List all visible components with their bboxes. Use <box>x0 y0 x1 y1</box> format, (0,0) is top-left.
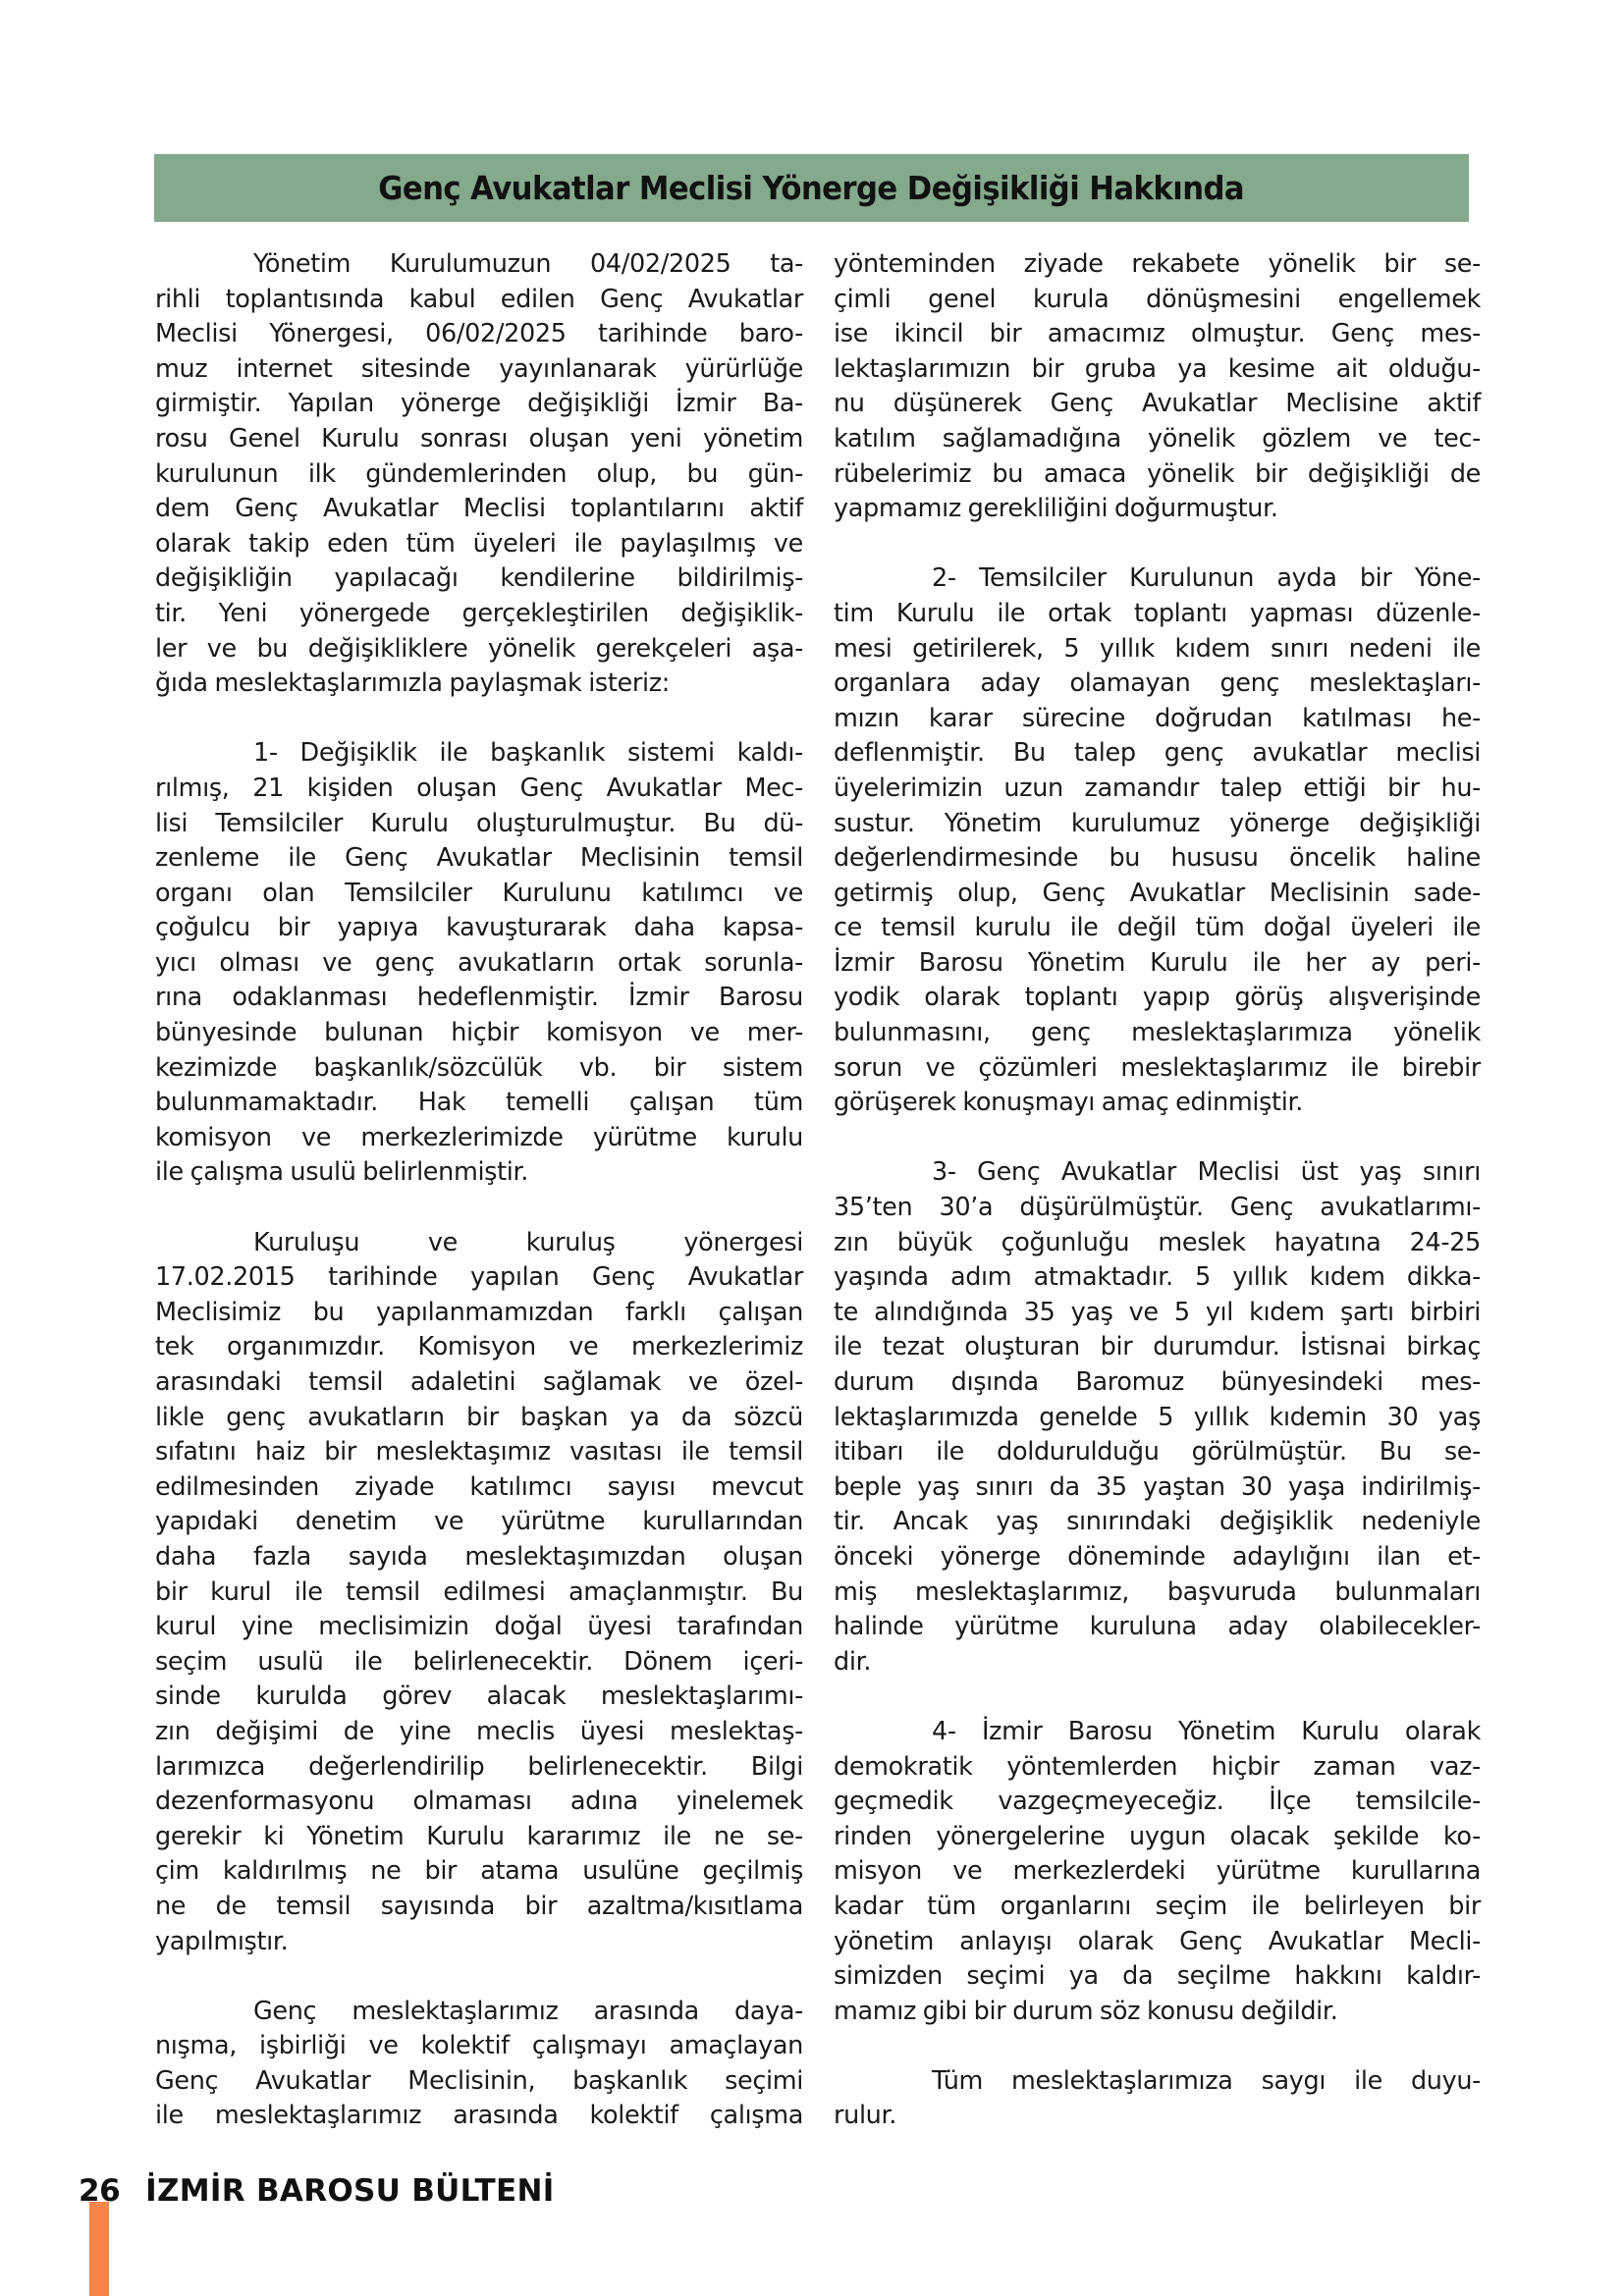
text-line: yapıdaki denetim ve yürütme kurullarında… <box>155 1505 803 1540</box>
text-line: ise ikincil bir amacımız olmuştur. Genç … <box>834 317 1481 352</box>
text-line: ne de temsil sayısında bir azaltma/kısıt… <box>155 1890 803 1925</box>
text-line: Yönetim Kurulumuzun 04/02/2025 ta- <box>155 247 803 283</box>
text-line: rına odaklanması hedeflenmiştir. İzmir B… <box>155 981 803 1016</box>
text-line: 4- İzmir Barosu Yönetim Kurulu olarak <box>834 1715 1481 1750</box>
text-line: Tüm meslektaşlarımıza saygı ile duyu- <box>834 2064 1481 2100</box>
text-line: girmiştir. Yapılan yönerge değişikliği İ… <box>155 387 803 422</box>
text-line: Meclisi Yönergesi, 06/02/2025 tarihinde … <box>155 317 803 352</box>
text-line: dir. <box>834 1645 1481 1681</box>
text-line: edilmesinden ziyade katılımcı sayısı mev… <box>155 1470 803 1506</box>
text-line: rihli toplantısında kabul edilen Genç Av… <box>155 283 803 318</box>
text-line: miş meslektaşlarımız, başvuruda bulunmal… <box>834 1575 1481 1611</box>
text-line: 17.02.2015 tarihinde yapılan Genç Avukat… <box>155 1260 803 1296</box>
paragraph: 1- Değişiklik ile başkanlık sistemi kald… <box>155 736 803 1191</box>
text-line: itibarı ile doldurulduğu görülmüştür. Bu… <box>834 1435 1481 1470</box>
text-line: arasındaki temsil adaletini sağlamak ve … <box>155 1365 803 1401</box>
text-line: ile meslektaşlarımız arasında kolektif ç… <box>155 2099 803 2134</box>
text-line: mamız gibi bir durum söz konusu değildir… <box>834 1995 1481 2030</box>
paragraph: Genç meslektaşlarımız arasında daya-nışm… <box>155 1995 803 2134</box>
text-line: simizden seçimi ya da seçilme hakkını ka… <box>834 1959 1481 1995</box>
text-line: getirmiş olup, Genç Avukatlar Meclisinin… <box>834 877 1481 912</box>
article-title-bar: Genç Avukatlar Meclisi Yönerge Değişikli… <box>154 154 1469 222</box>
text-line: tim Kurulu ile ortak toplantı yapması dü… <box>834 597 1481 632</box>
text-line: organlara aday olamayan genç meslektaşla… <box>834 667 1481 702</box>
text-line: 35’ten 30’a düşürülmüştür. Genç avukatla… <box>834 1191 1481 1226</box>
text-line: Genç Avukatlar Meclisinin, başkanlık seç… <box>155 2064 803 2100</box>
text-line: muz internet sitesinde yayınlanarak yürü… <box>155 352 803 388</box>
paragraph: yönteminden ziyade rekabete yönelik bir … <box>834 247 1481 527</box>
text-line: kezimizde başkanlık/sözcülük vb. bir sis… <box>155 1051 803 1087</box>
text-line: ile çalışma usulü belirlenmiştir. <box>155 1155 803 1191</box>
text-line: gerekir ki Yönetim Kurulu kararımız ile … <box>155 1820 803 1855</box>
publication-name: İZMİR BAROSU BÜLTENİ <box>145 2173 554 2209</box>
text-line: yıcı olması ve genç avukatların ortak so… <box>155 946 803 982</box>
text-line: misyon ve merkezlerdeki yürütme kurullar… <box>834 1854 1481 1890</box>
text-line: bünyesinde bulunan hiçbir komisyon ve me… <box>155 1016 803 1051</box>
text-line: nışma, işbirliği ve kolektif çalışmayı a… <box>155 2029 803 2064</box>
text-line: bulunmasını, genç meslektaşlarımıza yöne… <box>834 1016 1481 1051</box>
text-line: organı olan Temsilciler Kurulunu katılım… <box>155 877 803 912</box>
text-line: dem Genç Avukatlar Meclisi toplantıların… <box>155 492 803 527</box>
text-line: 1- Değişiklik ile başkanlık sistemi kald… <box>155 736 803 772</box>
text-line: seçim usulü ile belirlenecektir. Dönem i… <box>155 1645 803 1681</box>
text-line: yönteminden ziyade rekabete yönelik bir … <box>834 247 1481 283</box>
text-line: olarak takip eden tüm üyeleri ile paylaş… <box>155 527 803 562</box>
paragraph: 2- Temsilciler Kurulunun ayda bir Yöne-t… <box>834 561 1481 1121</box>
left-column: Yönetim Kurulumuzun 04/02/2025 ta-rihli … <box>155 247 803 2169</box>
text-line: kadar tüm organlarını seçim ile belirley… <box>834 1890 1481 1925</box>
text-line: üyelerimizin uzun zamandır talep ettiği … <box>834 772 1481 807</box>
page-footer: 26 İZMİR BAROSU BÜLTENİ <box>79 2173 555 2209</box>
text-line: yaşında adım atmaktadır. 5 yıllık kıdem … <box>834 1260 1481 1296</box>
text-line: lektaşlarımızda genelde 5 yıllık kıdemin… <box>834 1401 1481 1436</box>
text-line: durum dışında Baromuz bünyesindeki mes- <box>834 1365 1481 1401</box>
text-line: bulunmamaktadır. Hak temelli çalışan tüm <box>155 1086 803 1121</box>
text-line: daha fazla sayıda meslektaşımızdan oluşa… <box>155 1540 803 1575</box>
text-line: yodik olarak toplantı yapıp görüş alışve… <box>834 981 1481 1016</box>
text-line: beple yaş sınırı da 35 yaştan 30 yaşa in… <box>834 1470 1481 1506</box>
text-line: yönetim anlayışı olarak Genç Avukatlar M… <box>834 1925 1481 1960</box>
text-line: değişikliğin yapılacağı kendilerine bild… <box>155 561 803 597</box>
text-line: bir kurul ile temsil edilmesi amaçlanmış… <box>155 1575 803 1611</box>
text-line: sıfatını haiz bir meslektaşımız vasıtası… <box>155 1435 803 1470</box>
text-line: rosu Genel Kurulu sonrası oluşan yeni yö… <box>155 422 803 457</box>
text-line: kurulunun ilk gündemlerinden olup, bu gü… <box>155 457 803 493</box>
text-line: zın değişimi de yine meclis üyesi meslek… <box>155 1715 803 1750</box>
text-line: halinde yürütme kuruluna aday olabilecek… <box>834 1610 1481 1645</box>
text-line: çim kaldırılmış ne bir atama usulüne geç… <box>155 1854 803 1890</box>
text-line: sinde kurulda görev alacak meslektaşları… <box>155 1680 803 1715</box>
text-line: larımızca değerlendirilip belirlenecekti… <box>155 1750 803 1786</box>
text-line: komisyon ve merkezlerimizde yürütme kuru… <box>155 1121 803 1156</box>
text-line: geçmedik vazgeçmeyeceğiz. İlçe temsilcil… <box>834 1785 1481 1820</box>
text-line: zenleme ile Genç Avukatlar Meclisinin te… <box>155 841 803 877</box>
text-line: Kuruluşu ve kuruluş yönergesi <box>155 1226 803 1261</box>
text-line: kurul yine meclisimizin doğal üyesi tara… <box>155 1610 803 1645</box>
text-line: te alındığında 35 yaş ve 5 yıl kıdem şar… <box>834 1296 1481 1331</box>
text-line: 3- Genç Avukatlar Meclisi üst yaş sınırı <box>834 1155 1481 1191</box>
text-line: yapmamız gerekliliğini doğurmuştur. <box>834 492 1481 527</box>
text-line: ğıda meslektaşlarımızla paylaşmak isteri… <box>155 667 803 702</box>
paragraph: Yönetim Kurulumuzun 04/02/2025 ta-rihli … <box>155 247 803 702</box>
text-line: yapılmıştır. <box>155 1925 803 1960</box>
text-line: lektaşlarımızın bir gruba ya kesime ait … <box>834 352 1481 388</box>
paragraph: 3- Genç Avukatlar Meclisi üst yaş sınırı… <box>834 1155 1481 1680</box>
text-line: rinden yönergelerine uygun olacak şekild… <box>834 1820 1481 1855</box>
text-line: rulur. <box>834 2099 1481 2134</box>
text-line: ce temsil kurulu ile değil tüm doğal üye… <box>834 911 1481 946</box>
text-line: tek organımızdır. Komisyon ve merkezleri… <box>155 1330 803 1365</box>
text-line: tir. Ancak yaş sınırındaki değişiklik ne… <box>834 1505 1481 1540</box>
article-title: Genç Avukatlar Meclisi Yönerge Değişikli… <box>379 169 1245 207</box>
text-line: önceki yönerge döneminde adaylığını ilan… <box>834 1540 1481 1575</box>
paragraph: 4- İzmir Barosu Yönetim Kurulu olarakdem… <box>834 1715 1481 2029</box>
text-line: mızın karar sürecine doğrudan katılması … <box>834 702 1481 737</box>
text-line: rübelerimiz bu amaca yönelik bir değişik… <box>834 457 1481 493</box>
right-column: yönteminden ziyade rekabete yönelik bir … <box>834 247 1481 2169</box>
text-line: çoğulcu bir yapıya kavuşturarak daha kap… <box>155 911 803 946</box>
text-line: dezenformasyonu olmaması adına yinelemek <box>155 1785 803 1820</box>
text-line: sustur. Yönetim kurulumuz yönerge değişi… <box>834 807 1481 842</box>
text-line: değerlendirmesinde bu hususu öncelik hal… <box>834 841 1481 877</box>
text-line: görüşerek konuşmayı amaç edinmiştir. <box>834 1086 1481 1121</box>
text-line: rılmış, 21 kişiden oluşan Genç Avukatlar… <box>155 772 803 807</box>
paragraph: Tüm meslektaşlarımıza saygı ile duyu-rul… <box>834 2064 1481 2134</box>
text-line: Meclisimiz bu yapılanmamızdan farklı çal… <box>155 1296 803 1331</box>
text-line: zın büyük çoğunluğu meslek hayatına 24-2… <box>834 1226 1481 1261</box>
text-line: ler ve bu değişikliklere yönelik gerekçe… <box>155 632 803 667</box>
text-line: nu düşünerek Genç Avukatlar Meclisine ak… <box>834 387 1481 422</box>
text-line: likle genç avukatların bir başkan ya da … <box>155 1401 803 1436</box>
paragraph: Kuruluşu ve kuruluş yönergesi17.02.2015 … <box>155 1226 803 1959</box>
text-line: Genç meslektaşlarımız arasında daya- <box>155 1995 803 2030</box>
orange-accent-bar <box>89 2202 109 2296</box>
text-line: tir. Yeni yönergede gerçekleştirilen değ… <box>155 597 803 632</box>
text-line: lisi Temsilciler Kurulu oluşturulmuştur.… <box>155 807 803 842</box>
text-line: demokratik yöntemlerden hiçbir zaman vaz… <box>834 1750 1481 1786</box>
text-line: çimli genel kurula dönüşmesini engelleme… <box>834 283 1481 318</box>
text-line: 2- Temsilciler Kurulunun ayda bir Yöne- <box>834 561 1481 597</box>
text-line: ile tezat oluşturan bir durumdur. İstisn… <box>834 1330 1481 1365</box>
text-line: sorun ve çözümleri meslektaşlarımız ile … <box>834 1051 1481 1087</box>
text-line: deflenmiştir. Bu talep genç avukatlar me… <box>834 736 1481 772</box>
text-line: mesi getirilerek, 5 yıllık kıdem sınırı … <box>834 632 1481 667</box>
text-line: İzmir Barosu Yönetim Kurulu ile her ay p… <box>834 946 1481 982</box>
text-line: katılım sağlamadığına yönelik gözlem ve … <box>834 422 1481 457</box>
